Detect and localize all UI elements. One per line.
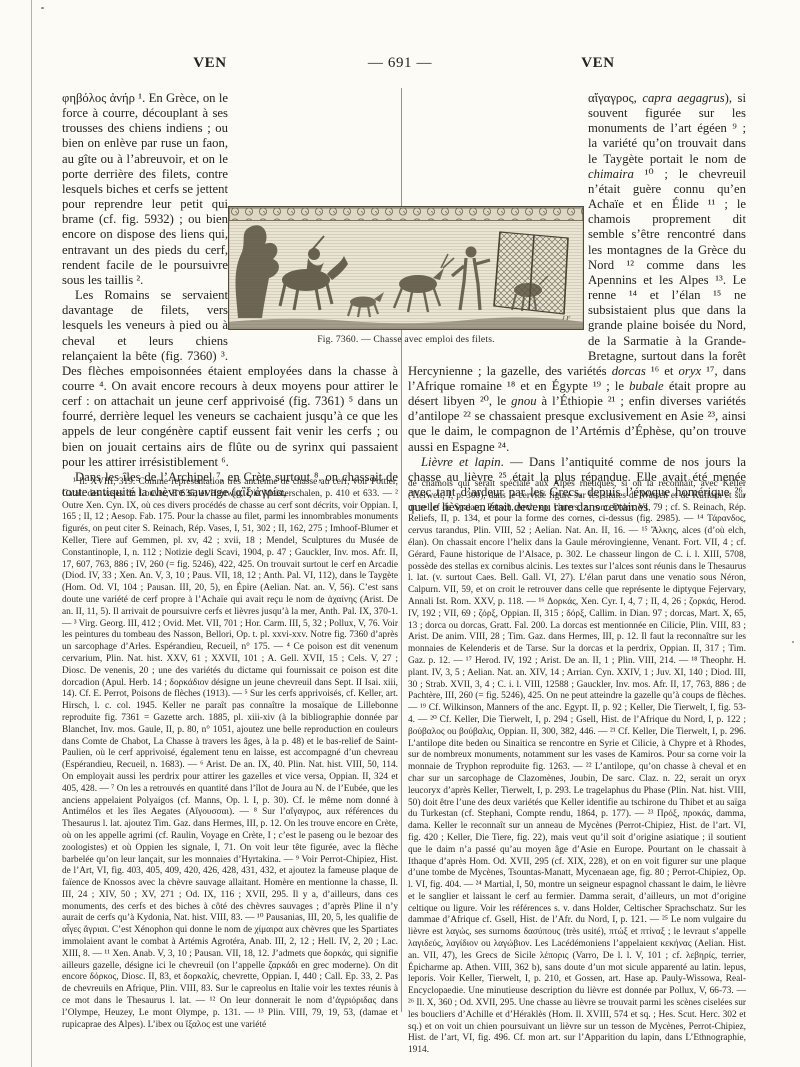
dictionary-page: VEN — 691 — VEN bbox=[0, 0, 800, 1067]
figure-float-spacer bbox=[408, 196, 588, 352]
text-segment: gnou bbox=[511, 394, 536, 408]
right-column: αἴγαγρος, capra aegagrus), si souvent fi… bbox=[408, 91, 746, 515]
text-segment: bubale bbox=[629, 379, 664, 393]
text-segment: dorcas bbox=[612, 364, 646, 378]
text-segment: capra aegagrus bbox=[642, 91, 724, 105]
text-segment: chimaira bbox=[588, 167, 634, 181]
scan-speck bbox=[41, 7, 44, 9]
left-column: φηβόλος ἀνήρ ¹. En Grèce, on le force à … bbox=[62, 91, 398, 500]
text-segment: αἴγαγρος, bbox=[588, 91, 642, 105]
footnotes-left-column: ¹ Il. XVIII, 319. Comme représentation t… bbox=[62, 477, 398, 1031]
footnote-text: ¹ Il. XVIII, 319. Comme représentation t… bbox=[62, 477, 398, 1031]
page-number: — 691 — bbox=[330, 55, 470, 72]
footnotes-right-column: de chamois qui serait spéciale aux Alpes… bbox=[408, 479, 746, 1057]
figure-float-spacer bbox=[228, 194, 398, 352]
running-title-right: VEN bbox=[528, 55, 668, 72]
running-title-left: VEN bbox=[140, 55, 280, 72]
text-segment: Lièvre et lapin bbox=[421, 455, 501, 469]
scan-speck bbox=[792, 641, 794, 643]
text-segment: oryx bbox=[679, 364, 702, 378]
text-segment: ¹⁶ et bbox=[646, 364, 679, 378]
footnote-text: de chamois qui serait spéciale aux Alpes… bbox=[408, 479, 746, 1057]
page-header: VEN — 691 — VEN bbox=[0, 55, 800, 77]
scan-gutter-line bbox=[31, 0, 32, 1067]
